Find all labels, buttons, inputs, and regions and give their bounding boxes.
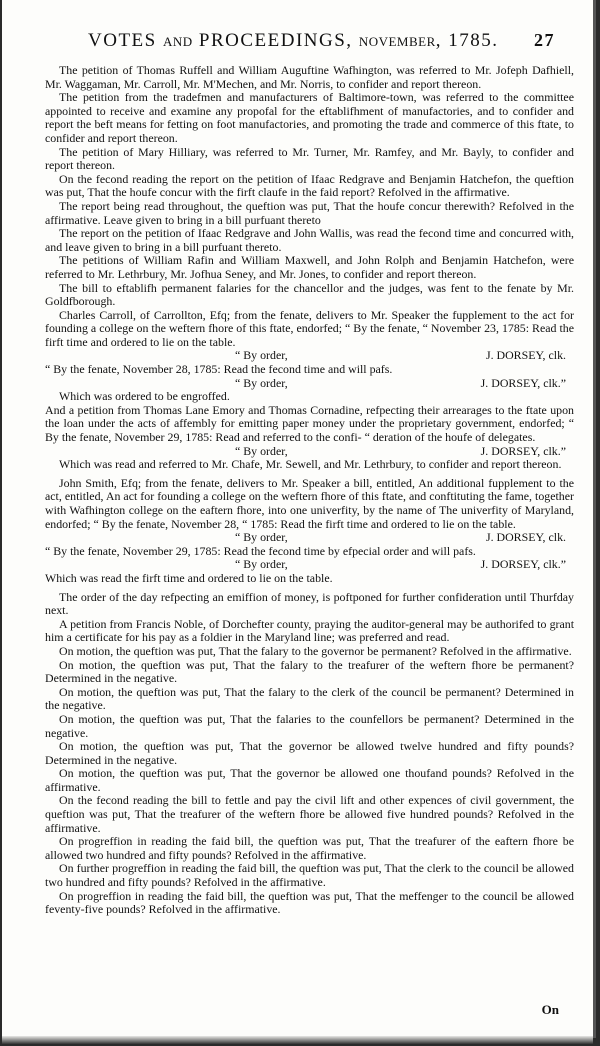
paragraph: The petition from the tradefmen and manu…	[45, 91, 574, 145]
signature-line: “ By order, J. DORSEY, clk.”	[45, 377, 574, 391]
signature-line: “ By order, J. DORSEY, clk.”	[45, 558, 574, 572]
paragraph: And a petition from Thomas Lane Emory an…	[45, 404, 574, 445]
paragraph: The bill to eftablifh permanent falaries…	[45, 282, 574, 309]
paragraph: On progreffion in reading the faid bill,…	[45, 835, 574, 862]
page-header: VOTES AND PROCEEDINGS, NOVEMBER, 1785. 2…	[2, 30, 593, 54]
paragraph: On the fecond reading the report on the …	[45, 173, 574, 200]
paragraph: The report on the petition of Ifaac Redg…	[45, 227, 574, 254]
signature-line: “ By order, J. DORSEY, clk.	[45, 349, 574, 363]
paragraph: On motion, the queftion was put, That th…	[45, 740, 574, 767]
signature-line: “ By order, J. DORSEY, clk.	[45, 531, 574, 545]
document-page: VOTES AND PROCEEDINGS, NOVEMBER, 1785. 2…	[2, 0, 596, 1038]
paragraph: On motion, the queftion was put, That th…	[45, 713, 574, 740]
paragraph: The report being read throughout, the qu…	[45, 200, 574, 227]
paragraph: Which was read and referred to Mr. Chafe…	[45, 458, 574, 472]
page-number: 27	[534, 30, 555, 51]
paragraph: On motion, the queftion was put, That th…	[45, 767, 574, 794]
paragraph: On the fecond reading the bill to fettle…	[45, 794, 574, 835]
paragraph: The order of the day refpecting an emiff…	[45, 591, 574, 618]
paragraph: On motion, the queftion was put, That th…	[45, 659, 574, 686]
paragraph: Which was read the firft time and ordere…	[45, 572, 574, 586]
paragraph: Which was ordered to be engroffed.	[45, 390, 574, 404]
paragraph: On progreffion in reading the faid bill,…	[45, 890, 574, 917]
signature-line: “ By order, J. DORSEY, clk.”	[45, 445, 574, 459]
paragraph: On motion, the queftion was put, That th…	[45, 686, 574, 713]
paragraph: Charles Carroll, of Carrollton, Efq; fro…	[45, 309, 574, 350]
paragraph: John Smith, Efq; from the fenate, delive…	[45, 477, 574, 531]
paragraph: The petitions of William Rafin and Willi…	[45, 254, 574, 281]
paragraph: On further progreffion in reading the fa…	[45, 862, 574, 889]
senate-line: “ By the fenate, November 28, 1785: Read…	[45, 363, 574, 377]
paragraph: A petition from Francis Noble, of Dorche…	[45, 618, 574, 645]
catchword: On	[542, 1002, 559, 1018]
senate-line: “ By the fenate, November 29, 1785: Read…	[45, 545, 574, 559]
paragraph: On motion, the queftion was put, That th…	[45, 645, 574, 659]
paragraph: The petition of Thomas Ruffell and Willi…	[45, 64, 574, 91]
page-body: The petition of Thomas Ruffell and Willi…	[45, 64, 574, 917]
paragraph: The petition of Mary Hilliary, was refer…	[45, 146, 574, 173]
running-title: VOTES AND PROCEEDINGS, NOVEMBER, 1785.	[88, 30, 499, 52]
